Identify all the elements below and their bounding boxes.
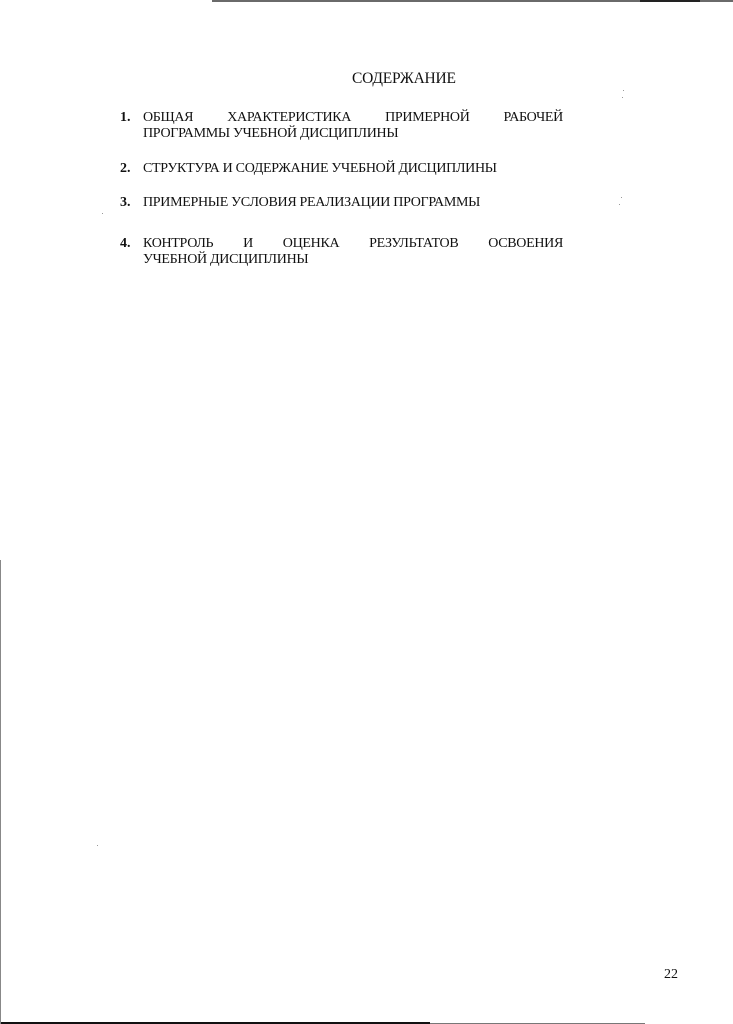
scan-edge-top-dark xyxy=(640,0,700,2)
scan-speck xyxy=(623,90,624,91)
toc-item-number: 3. xyxy=(120,195,142,211)
scan-speck xyxy=(622,97,623,98)
toc-item-text: ОБЩАЯ ХАРАКТЕРИСТИКА ПРИМЕРНОЙ РАБОЧЕЙ П… xyxy=(143,110,563,142)
page-number: 22 xyxy=(664,967,678,983)
toc-item-text: ПРИМЕРНЫЕ УСЛОВИЯ РЕАЛИЗАЦИИ ПРОГРАММЫ xyxy=(143,195,563,211)
scan-speck xyxy=(102,213,103,214)
toc-item-line: ПРОГРАММЫ УЧЕБНОЙ ДИСЦИПЛИНЫ xyxy=(143,126,563,142)
scan-speck xyxy=(619,204,620,205)
toc-item-line: ПРИМЕРНЫЕ УСЛОВИЯ РЕАЛИЗАЦИИ ПРОГРАММЫ xyxy=(143,195,563,211)
page-title: СОДЕРЖАНИЕ xyxy=(352,70,456,88)
scan-speck xyxy=(621,197,622,198)
scan-edge-left xyxy=(0,560,1,1024)
toc-item-line: СТРУКТУРА И СОДЕРЖАНИЕ УЧЕБНОЙ ДИСЦИПЛИН… xyxy=(143,161,563,177)
toc-item-text: КОНТРОЛЬ И ОЦЕНКА РЕЗУЛЬТАТОВ ОСВОЕНИЯ У… xyxy=(143,236,563,268)
toc-item-number: 4. xyxy=(120,236,142,252)
scan-speck xyxy=(97,845,98,846)
toc-item-line: УЧЕБНОЙ ДИСЦИПЛИНЫ xyxy=(143,252,563,268)
toc-item-number: 2. xyxy=(120,161,142,177)
toc-item-line: КОНТРОЛЬ И ОЦЕНКА РЕЗУЛЬТАТОВ ОСВОЕНИЯ xyxy=(143,236,563,252)
toc-item-text: СТРУКТУРА И СОДЕРЖАНИЕ УЧЕБНОЙ ДИСЦИПЛИН… xyxy=(143,161,563,177)
toc-item-number: 1. xyxy=(120,110,142,126)
toc-item-line: ОБЩАЯ ХАРАКТЕРИСТИКА ПРИМЕРНОЙ РАБОЧЕЙ xyxy=(143,110,563,126)
